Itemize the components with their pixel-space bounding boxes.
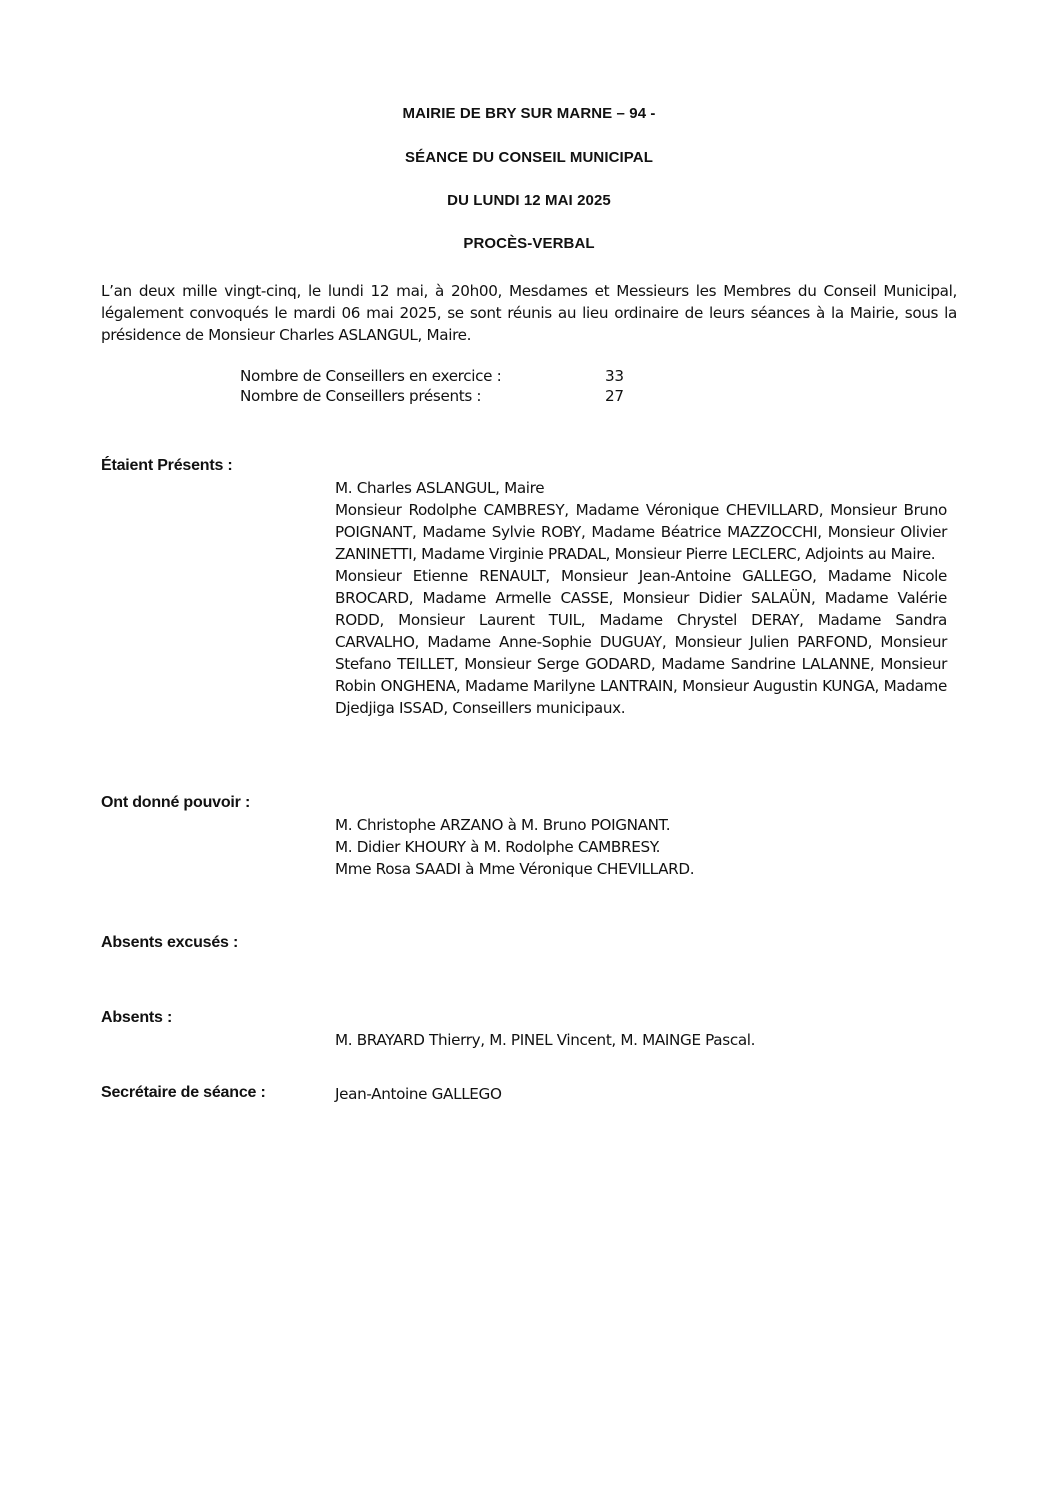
document-page: MAIRIE DE BRY SUR MARNE – 94 - SÉANCE DU… [0, 0, 1058, 1497]
header-mairie: MAIRIE DE BRY SUR MARNE – 94 - [0, 105, 1058, 122]
counts-table: Nombre de Conseillers en exercice : 33 N… [240, 366, 645, 406]
count-value: 27 [605, 386, 645, 406]
presents-conseillers: Monsieur Etienne RENAULT, Monsieur Jean-… [335, 565, 947, 719]
pouvoirs-label: Ont donné pouvoir : [101, 794, 250, 812]
count-row-exercice: Nombre de Conseillers en exercice : 33 [240, 366, 645, 386]
pouvoirs-block: M. Christophe ARZANO à M. Bruno POIGNANT… [335, 814, 947, 880]
header-date: DU LUNDI 12 MAI 2025 [0, 192, 1058, 209]
presents-block: M. Charles ASLANGUL, Maire Monsieur Rodo… [335, 477, 947, 719]
count-row-presents: Nombre de Conseillers présents : 27 [240, 386, 645, 406]
header-seance: SÉANCE DU CONSEIL MUNICIPAL [0, 149, 1058, 166]
count-label: Nombre de Conseillers en exercice : [240, 366, 605, 386]
intro-paragraph: L’an deux mille vingt-cinq, le lundi 12 … [101, 280, 957, 346]
presents-label: Étaient Présents : [101, 457, 233, 475]
count-value: 33 [605, 366, 645, 386]
pouvoir-item: Mme Rosa SAADI à Mme Véronique CHEVILLAR… [335, 858, 947, 880]
secretaire-name: Jean-Antoine GALLEGO [335, 1083, 947, 1105]
presents-mayor: M. Charles ASLANGUL, Maire [335, 477, 947, 499]
pouvoir-item: M. Christophe ARZANO à M. Bruno POIGNANT… [335, 814, 947, 836]
absents-list: M. BRAYARD Thierry, M. PINEL Vincent, M.… [335, 1029, 947, 1051]
count-label: Nombre de Conseillers présents : [240, 386, 605, 406]
secretaire-label: Secrétaire de séance : [101, 1084, 266, 1102]
absents-label: Absents : [101, 1009, 172, 1027]
header-proces-verbal: PROCÈS-VERBAL [0, 235, 1058, 252]
presents-adjoints: Monsieur Rodolphe CAMBRESY, Madame Véron… [335, 499, 947, 565]
pouvoir-item: M. Didier KHOURY à M. Rodolphe CAMBRESY. [335, 836, 947, 858]
absents-excuses-label: Absents excusés : [101, 934, 238, 952]
